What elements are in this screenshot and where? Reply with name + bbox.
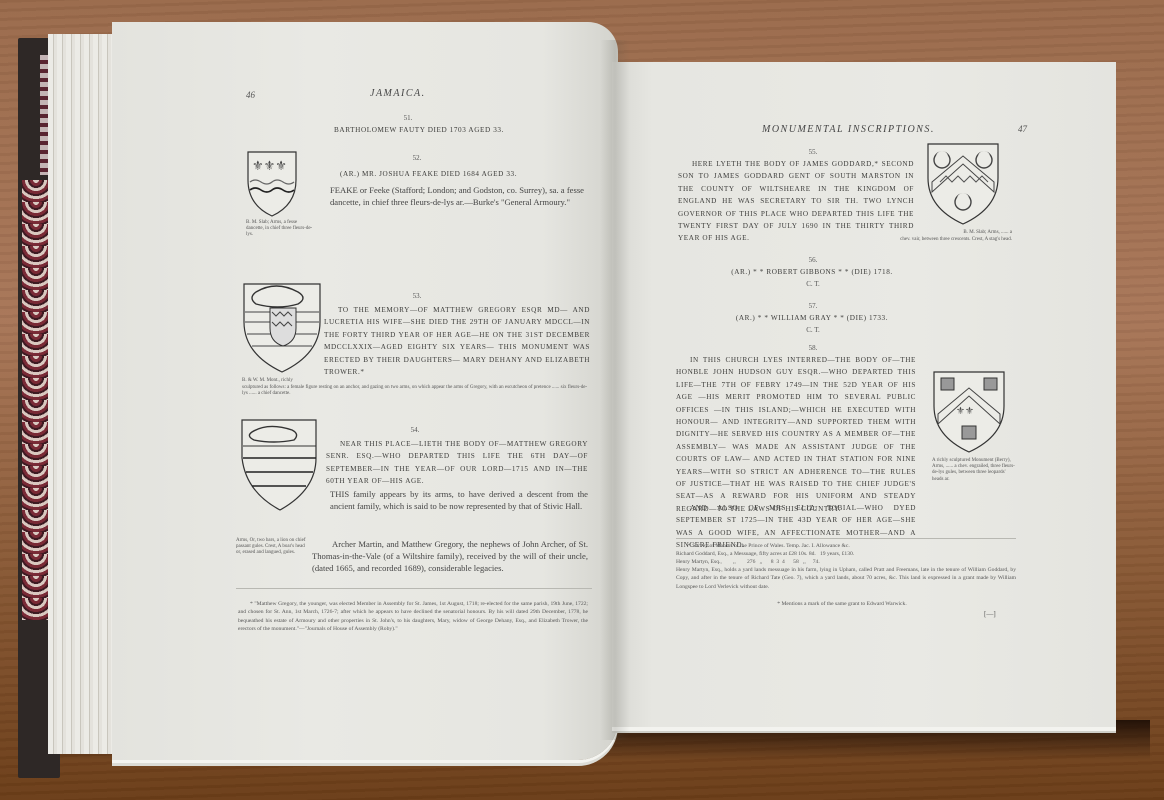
book-gutter (600, 40, 630, 740)
entry-initials: C. T. (798, 280, 828, 288)
entry-heading: BARTHOLOMEW FAUTY DIED 1703 AGED 33. (274, 124, 564, 136)
footnote: * Mentions a mark of the same grant to E… (762, 600, 922, 608)
entry-text: Archer Martin, and Matthew Gregory, the … (312, 538, 588, 574)
footnote-rule (236, 588, 592, 589)
entry-number: 54. (400, 426, 430, 434)
footnote: Henry Martyn, Esq., holds a yard lands m… (676, 566, 1016, 591)
page-number-right: 47 (1018, 124, 1027, 134)
entry-text: THIS family appears by its arms, to have… (330, 488, 588, 512)
shield-caption: sculptured as follows: a female figure r… (242, 385, 592, 397)
right-page: MONUMENTAL INSCRIPTIONS. 47 55. HERE LYE… (612, 62, 1116, 727)
signature-mark: [—] (984, 610, 996, 618)
entry-number: 53. (402, 292, 432, 300)
entry-initials: C. T. (798, 326, 828, 334)
left-page: 46 JAMAICA. 51. BARTHOLOMEW FAUTY DIED 1… (112, 22, 618, 760)
entry-heading: (Ar.) MR. JOSHUA FEAKE DIED 1684 AGED 33… (340, 168, 580, 180)
shield-caption: B. M. Slab; Arms, ...... a (928, 230, 1012, 236)
entry-text: FEAKE or Feeke (Stafford; London; and Go… (330, 184, 584, 208)
entry-number: 55. (798, 148, 828, 156)
entry-inscription: TO THE MEMORY—OF MATTHEW GREGORY ESQR MD… (324, 304, 590, 378)
coat-of-arms-guy-icon: ⚜⚜ (932, 370, 1006, 454)
svg-text:⚜⚜⚜: ⚜⚜⚜ (252, 158, 287, 173)
page-number-left: 46 (246, 90, 255, 100)
entry-heading: (Ar.) * * WILLIAM GRAY * * (DIE) 1733. (712, 312, 912, 324)
shield-caption: Arms, Or, two bars, a lion on chief pass… (236, 538, 306, 557)
running-head-right: MONUMENTAL INSCRIPTIONS. (762, 124, 935, 135)
coat-of-arms-fleur-de-lys-icon: ⚜⚜⚜ (246, 150, 298, 218)
entry-number: 51. (388, 114, 428, 122)
entry-number: 58. (798, 344, 828, 352)
shield-caption: B. M. Slab; Arms, a fesse dancette, in c… (246, 220, 316, 239)
footnote: * "Matthew Gregory, the younger, was ele… (238, 600, 588, 634)
coat-of-arms-lion-bars-icon (240, 418, 320, 512)
entry-number: 56. (798, 256, 828, 264)
footnote-rule (676, 538, 1016, 539)
shield-caption: chev. vair, between three crescents. Cre… (848, 237, 1012, 243)
marbled-endpaper (22, 180, 50, 620)
coat-of-arms-goddard-icon (926, 142, 1000, 226)
page-stack-edge (48, 34, 118, 754)
entry-number: 57. (798, 302, 828, 310)
entry-heading: (Ar.) * * ROBERT GIBBONS * * (DIE) 1718. (712, 266, 912, 278)
shield-caption: A richly sculptured Monument (Berry), Ar… (932, 458, 1016, 483)
entry-inscription: IN THIS CHURCH LYES INTERRED—THE BODY OF… (676, 354, 916, 515)
shield-caption: B. & W. M. Mont., richly (242, 378, 362, 384)
entry-inscription: NEAR THIS PLACE—LIETH THE BODY OF—MATTHE… (326, 438, 588, 488)
entry-inscription: HERE LYETH THE BODY OF JAMES GODDARD,* S… (678, 158, 914, 245)
entry-number: 52. (402, 154, 432, 162)
running-head-left: JAMAICA. (370, 88, 426, 99)
svg-text:⚜⚜: ⚜⚜ (956, 406, 974, 417)
coat-of-arms-gregory-icon (242, 282, 322, 374)
